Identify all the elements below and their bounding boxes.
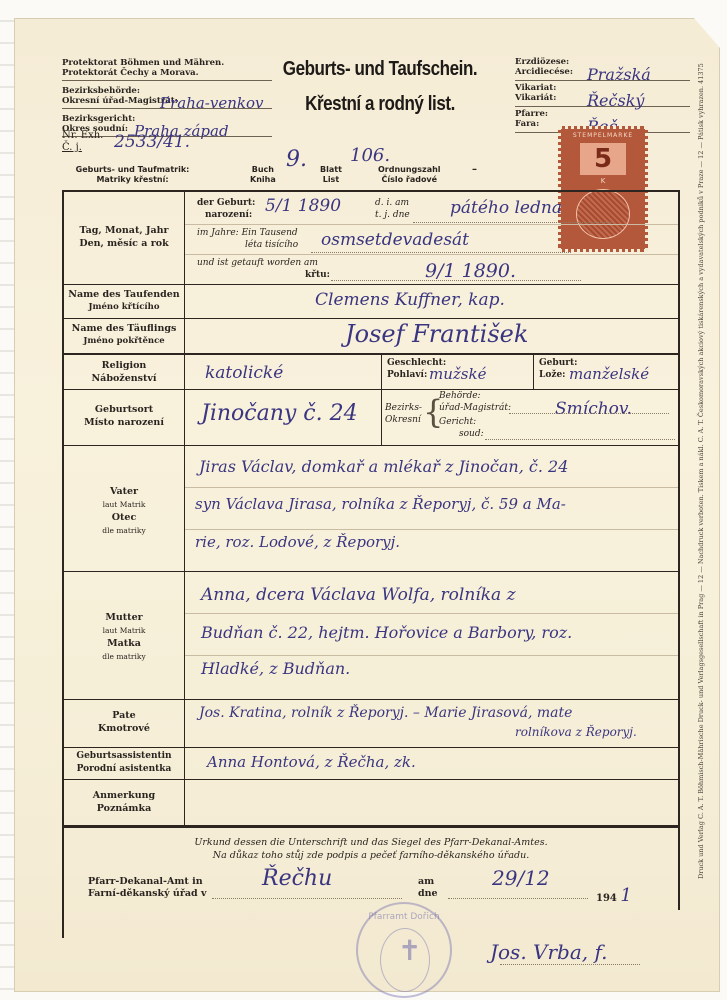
baptized-cell: Josef František: [185, 318, 678, 353]
mother-label-cz: Matka: [64, 637, 184, 650]
row-date: Tag, Monat, Jahr Den, měsíc a rok der Ge…: [64, 192, 678, 285]
seal-text: Pfarramt Dořich: [358, 912, 450, 922]
order-number-field: Ordnungszahl Číslo řadové –: [378, 165, 441, 185]
year-label-de: im Jahre: Ein Tausend: [197, 228, 298, 238]
date-label: Tag, Monat, Jahr Den, měsíc a rok: [64, 224, 184, 250]
dotted-line: [212, 898, 402, 899]
protectorate-de: Protektorat Böhmen und Mähren.: [62, 58, 272, 68]
year-value: osmsetdevadesát: [321, 230, 469, 250]
issue-year-suffix: 1: [620, 885, 631, 906]
remark-label: Anmerkung Poznámka: [64, 789, 184, 815]
birthplace-label-de: Geburtsort: [64, 403, 184, 416]
baptized-label-de: Name des Täuflings: [64, 322, 184, 335]
signature-line: [500, 964, 640, 965]
row-rule: [185, 529, 678, 530]
priest-signature: Jos. Vrba, f.: [490, 940, 608, 964]
column-divider: [533, 355, 534, 389]
midwife-cell: Anna Hontová, z Řečha, zk.: [185, 747, 678, 779]
date-label-cz: dne: [418, 888, 438, 900]
religion-cell: katolické Geschlecht: Pohlaví: mužské Ge…: [185, 355, 678, 389]
father-line-2: syn Václava Jirasa, rolníka z Řeporyj, č…: [195, 495, 566, 513]
date-label: am dne: [418, 876, 438, 900]
order-label-de: Ordnungszahl: [378, 165, 441, 175]
column-divider: [381, 355, 382, 389]
birth-date-label-cz: narození:: [205, 210, 252, 220]
book-label-cz: Kniha: [250, 175, 276, 185]
birth-day-label-cz: t. j. dne: [375, 210, 410, 220]
baptizer-value: Clemens Kuffner, kap.: [315, 290, 505, 310]
father-line-1: Jiras Václav, domkař a mlékař z Jinočan,…: [199, 457, 568, 476]
row-mother: Mutter laut Matrik Matka dle matriky Ann…: [64, 571, 678, 700]
baptized-label-cz: Jméno pokřtěnce: [64, 335, 184, 348]
page-label-cz: List: [320, 175, 342, 185]
father-label: Vater laut Matrik Otec dle matriky: [64, 485, 184, 537]
row-rule: [185, 613, 678, 614]
year-label-cz: léta tisícího: [245, 240, 298, 250]
mother-line-2: Budňan č. 22, hejtm. Hořovice a Barbory,…: [201, 623, 572, 642]
date-label-de: Tag, Monat, Jahr: [64, 224, 184, 237]
issue-date-value: 29/12: [492, 866, 550, 890]
baptism-date-value: 9/1 1890.: [425, 260, 516, 282]
godparents-label-de: Pate: [64, 709, 184, 722]
midwife-label-de: Geburtsassistentin: [64, 750, 184, 763]
attestation-cz: Na důkaz toho stůj zde podpis a pečeť fa…: [64, 849, 678, 862]
row-rule: [185, 487, 678, 488]
baptizer-label-de: Name des Taufenden: [64, 288, 184, 301]
mother-line-1: Anna, dcera Václava Wolfa, rolníka z: [201, 585, 516, 605]
remark-cell: [185, 779, 678, 825]
column-divider: [381, 389, 382, 445]
district-authority-value: Praha-venkov: [160, 98, 263, 108]
godparents-label-cz: Kmotrové: [64, 722, 184, 735]
godparents-cell: Jos. Kratina, rolník z Řeporyj. – Marie …: [185, 699, 678, 747]
row-rule: [185, 224, 678, 225]
authority-label-de: Behörde:: [439, 391, 481, 401]
cross-icon: ✝: [398, 934, 421, 967]
row-rule: [185, 655, 678, 656]
district-label-cz: Okresní: [385, 415, 421, 425]
sex-label-cz: Pohlaví:: [387, 370, 427, 380]
book-label-de: Buch: [250, 165, 276, 175]
godparents-line-2: rolníkova z Řeporyj.: [515, 725, 637, 739]
religion-label-cz: Náboženství: [64, 372, 184, 385]
birth-day-label-de: d. i. am: [375, 198, 409, 208]
baptism-date-label-cz: křtu:: [305, 270, 330, 280]
date-label-de: am: [418, 876, 438, 888]
baptizer-label: Name des Taufenden Jméno křtícího: [64, 288, 184, 314]
baptism-date-label-de: und ist getauft worden am: [197, 258, 318, 268]
baptized-label: Name des Täuflings Jméno pokřtěnce: [64, 322, 184, 348]
dotted-line: [331, 280, 581, 281]
title-czech: Křestní a rodný list.: [270, 93, 491, 116]
parish-seal: Pfarramt Dořich ✝: [356, 902, 452, 998]
printer-imprint: Druck und Verlag C. A. T. Böhmisch-Mähri…: [686, 560, 714, 890]
book-field: Buch Kniha 9.: [250, 165, 276, 185]
midwife-value: Anna Hontová, z Řečha, zk.: [207, 753, 416, 771]
register-label-cz: Matriky křestní:: [70, 175, 195, 185]
mother-cell: Anna, dcera Václava Wolfa, rolníka z Bud…: [185, 571, 678, 699]
date-cell: der Geburt: narození: 5/1 1890 d. i. am …: [185, 192, 678, 284]
religion-value: katolické: [205, 363, 283, 383]
row-remark: Anmerkung Poznámka: [64, 779, 678, 827]
father-cell: Jiras Václav, domkař a mlékař z Jinočan,…: [185, 445, 678, 571]
authority-value: Smíchov.: [555, 399, 632, 419]
mother-line-3: Hladké, z Budňan.: [201, 659, 350, 678]
legitimacy-value: manželské: [569, 365, 649, 383]
mother-label: Mutter laut Matrik Matka dle matriky: [64, 611, 184, 663]
row-religion: Religion Náboženství katolické Geschlech…: [64, 355, 678, 390]
office-label-cz: Farní-děkanský úřad v: [88, 888, 206, 900]
header-right-block: Erzdiözese: Arcidiecése: Pražská Vikaria…: [515, 55, 690, 133]
row-birthplace: Geburtsort Místo narození Jinočany č. 24…: [64, 389, 678, 446]
father-label-cz: Otec: [64, 511, 184, 524]
baptized-value: Josef František: [345, 320, 528, 348]
document-title: Geburts- und Taufschein. Křestní a rodný…: [250, 58, 510, 116]
birthplace-label: Geburtsort Místo narození: [64, 403, 184, 429]
authority-label-cz: úřad-Magistrát:: [439, 403, 511, 413]
row-godparents: Pate Kmotrové Jos. Kratina, rolník z Řep…: [64, 699, 678, 748]
row-father: Vater laut Matrik Otec dle matriky Jiras…: [64, 445, 678, 572]
religion-label: Religion Náboženství: [64, 359, 184, 385]
dotted-line: [311, 252, 571, 253]
remark-label-de: Anmerkung: [64, 789, 184, 802]
certificate-form: Tag, Monat, Jahr Den, měsíc a rok der Ge…: [62, 190, 678, 828]
issue-year-prefix: 194: [596, 893, 617, 904]
birth-day-value: pátého ledna: [450, 198, 562, 218]
godparents-label: Pate Kmotrové: [64, 709, 184, 735]
birth-date-value: 5/1 1890: [265, 196, 341, 216]
book-value: 9.: [286, 155, 307, 165]
page-value: 106.: [350, 151, 390, 161]
court-label-de: Gericht:: [439, 417, 476, 427]
stamp-top-text: STEMPELMARKE: [561, 132, 645, 139]
office-label-de: Pfarr-Dekanal-Amt in: [88, 876, 206, 888]
perforation-strip: [0, 0, 14, 1000]
printer-note: Druck und Verlag C. A. T. Böhmisch-Mähri…: [697, 549, 705, 879]
stamp-unit: K: [561, 177, 645, 185]
exhibit-number: Nr. Exh. Č. j. 2533/41.: [62, 130, 103, 154]
mother-label-de: Mutter: [64, 611, 184, 624]
birthplace-label-cz: Místo narození: [64, 416, 184, 429]
court-label-cz: soud:: [459, 429, 484, 439]
protectorate-cz: Protektorát Čechy a Morava.: [62, 68, 272, 78]
dotted-line: [413, 222, 613, 223]
page-label-de: Blatt: [320, 165, 342, 175]
row-midwife: Geburtsassistentin Porodní asistentka An…: [64, 747, 678, 780]
midwife-label-cz: Porodní asistentka: [64, 763, 184, 776]
birth-date-label-de: der Geburt:: [197, 198, 255, 208]
attestation-de: Urkund dessen die Unterschrift und das S…: [64, 836, 678, 849]
mother-label-sub-de: laut Matrik: [64, 624, 184, 637]
legitimacy-label-cz: Lože:: [539, 370, 566, 380]
mother-label-sub-cz: dle matriky: [64, 650, 184, 663]
office-value: Řečhu: [262, 866, 332, 891]
order-value: –: [472, 165, 477, 175]
baptizer-cell: Clemens Kuffner, kap.: [185, 284, 678, 318]
exhibit-value: 2533/41.: [114, 136, 190, 148]
folded-corner: [694, 18, 720, 48]
form-frame-right: [678, 190, 680, 910]
stamp-value: 5: [580, 143, 626, 175]
office-label: Pfarr-Dekanal-Amt in Farní-děkanský úřad…: [88, 876, 206, 900]
midwife-label: Geburtsassistentin Porodní asistentka: [64, 750, 184, 776]
sex-value: mužské: [429, 365, 486, 383]
exhibit-label-de: Nr. Exh.: [62, 130, 103, 142]
issue-year: 194 1: [596, 885, 632, 906]
row-baptized: Name des Täuflings Jméno pokřtěnce Josef…: [64, 318, 678, 355]
father-label-de: Vater: [64, 485, 184, 498]
dotted-line: [485, 439, 675, 440]
exhibit-label-cz: Č. j.: [62, 142, 103, 154]
archdiocese-value: Pražská: [587, 70, 651, 80]
birthplace-cell: Jinočany č. 24 Bezirks- Okresní { Behörd…: [185, 389, 678, 445]
father-line-3: rie, roz. Lodové, z Řeporyj.: [195, 533, 400, 551]
birthplace-value: Jinočany č. 24: [201, 401, 358, 426]
row-baptizer: Name des Taufenden Jméno křtícího Clemen…: [64, 284, 678, 319]
title-german: Geburts- und Taufschein.: [270, 58, 491, 81]
date-label-cz: Den, měsíc a rok: [64, 237, 184, 250]
order-label-cz: Číslo řadové: [378, 175, 441, 185]
vicariate-value: Řečský: [587, 96, 644, 106]
baptizer-label-cz: Jméno křtícího: [64, 301, 184, 314]
father-label-sub-de: laut Matrik: [64, 498, 184, 511]
header-left-block: Protektorat Böhmen und Mähren. Protektor…: [62, 56, 272, 137]
religion-label-de: Religion: [64, 359, 184, 372]
dotted-line: [509, 413, 669, 414]
register-label-de: Geburts- und Taufmatrik:: [70, 165, 195, 175]
register-label: Geburts- und Taufmatrik: Matriky křestní…: [70, 165, 195, 185]
godparents-line-1: Jos. Kratina, rolník z Řeporyj. – Marie …: [199, 705, 572, 721]
father-label-sub-cz: dle matriky: [64, 524, 184, 537]
attestation: Urkund dessen die Unterschrift und das S…: [64, 836, 678, 862]
page-field: Blatt List 106.: [320, 165, 342, 185]
district-label-de: Bezirks-: [385, 403, 422, 413]
dotted-line: [448, 898, 588, 899]
remark-label-cz: Poznámka: [64, 802, 184, 815]
row-rule: [185, 254, 678, 255]
